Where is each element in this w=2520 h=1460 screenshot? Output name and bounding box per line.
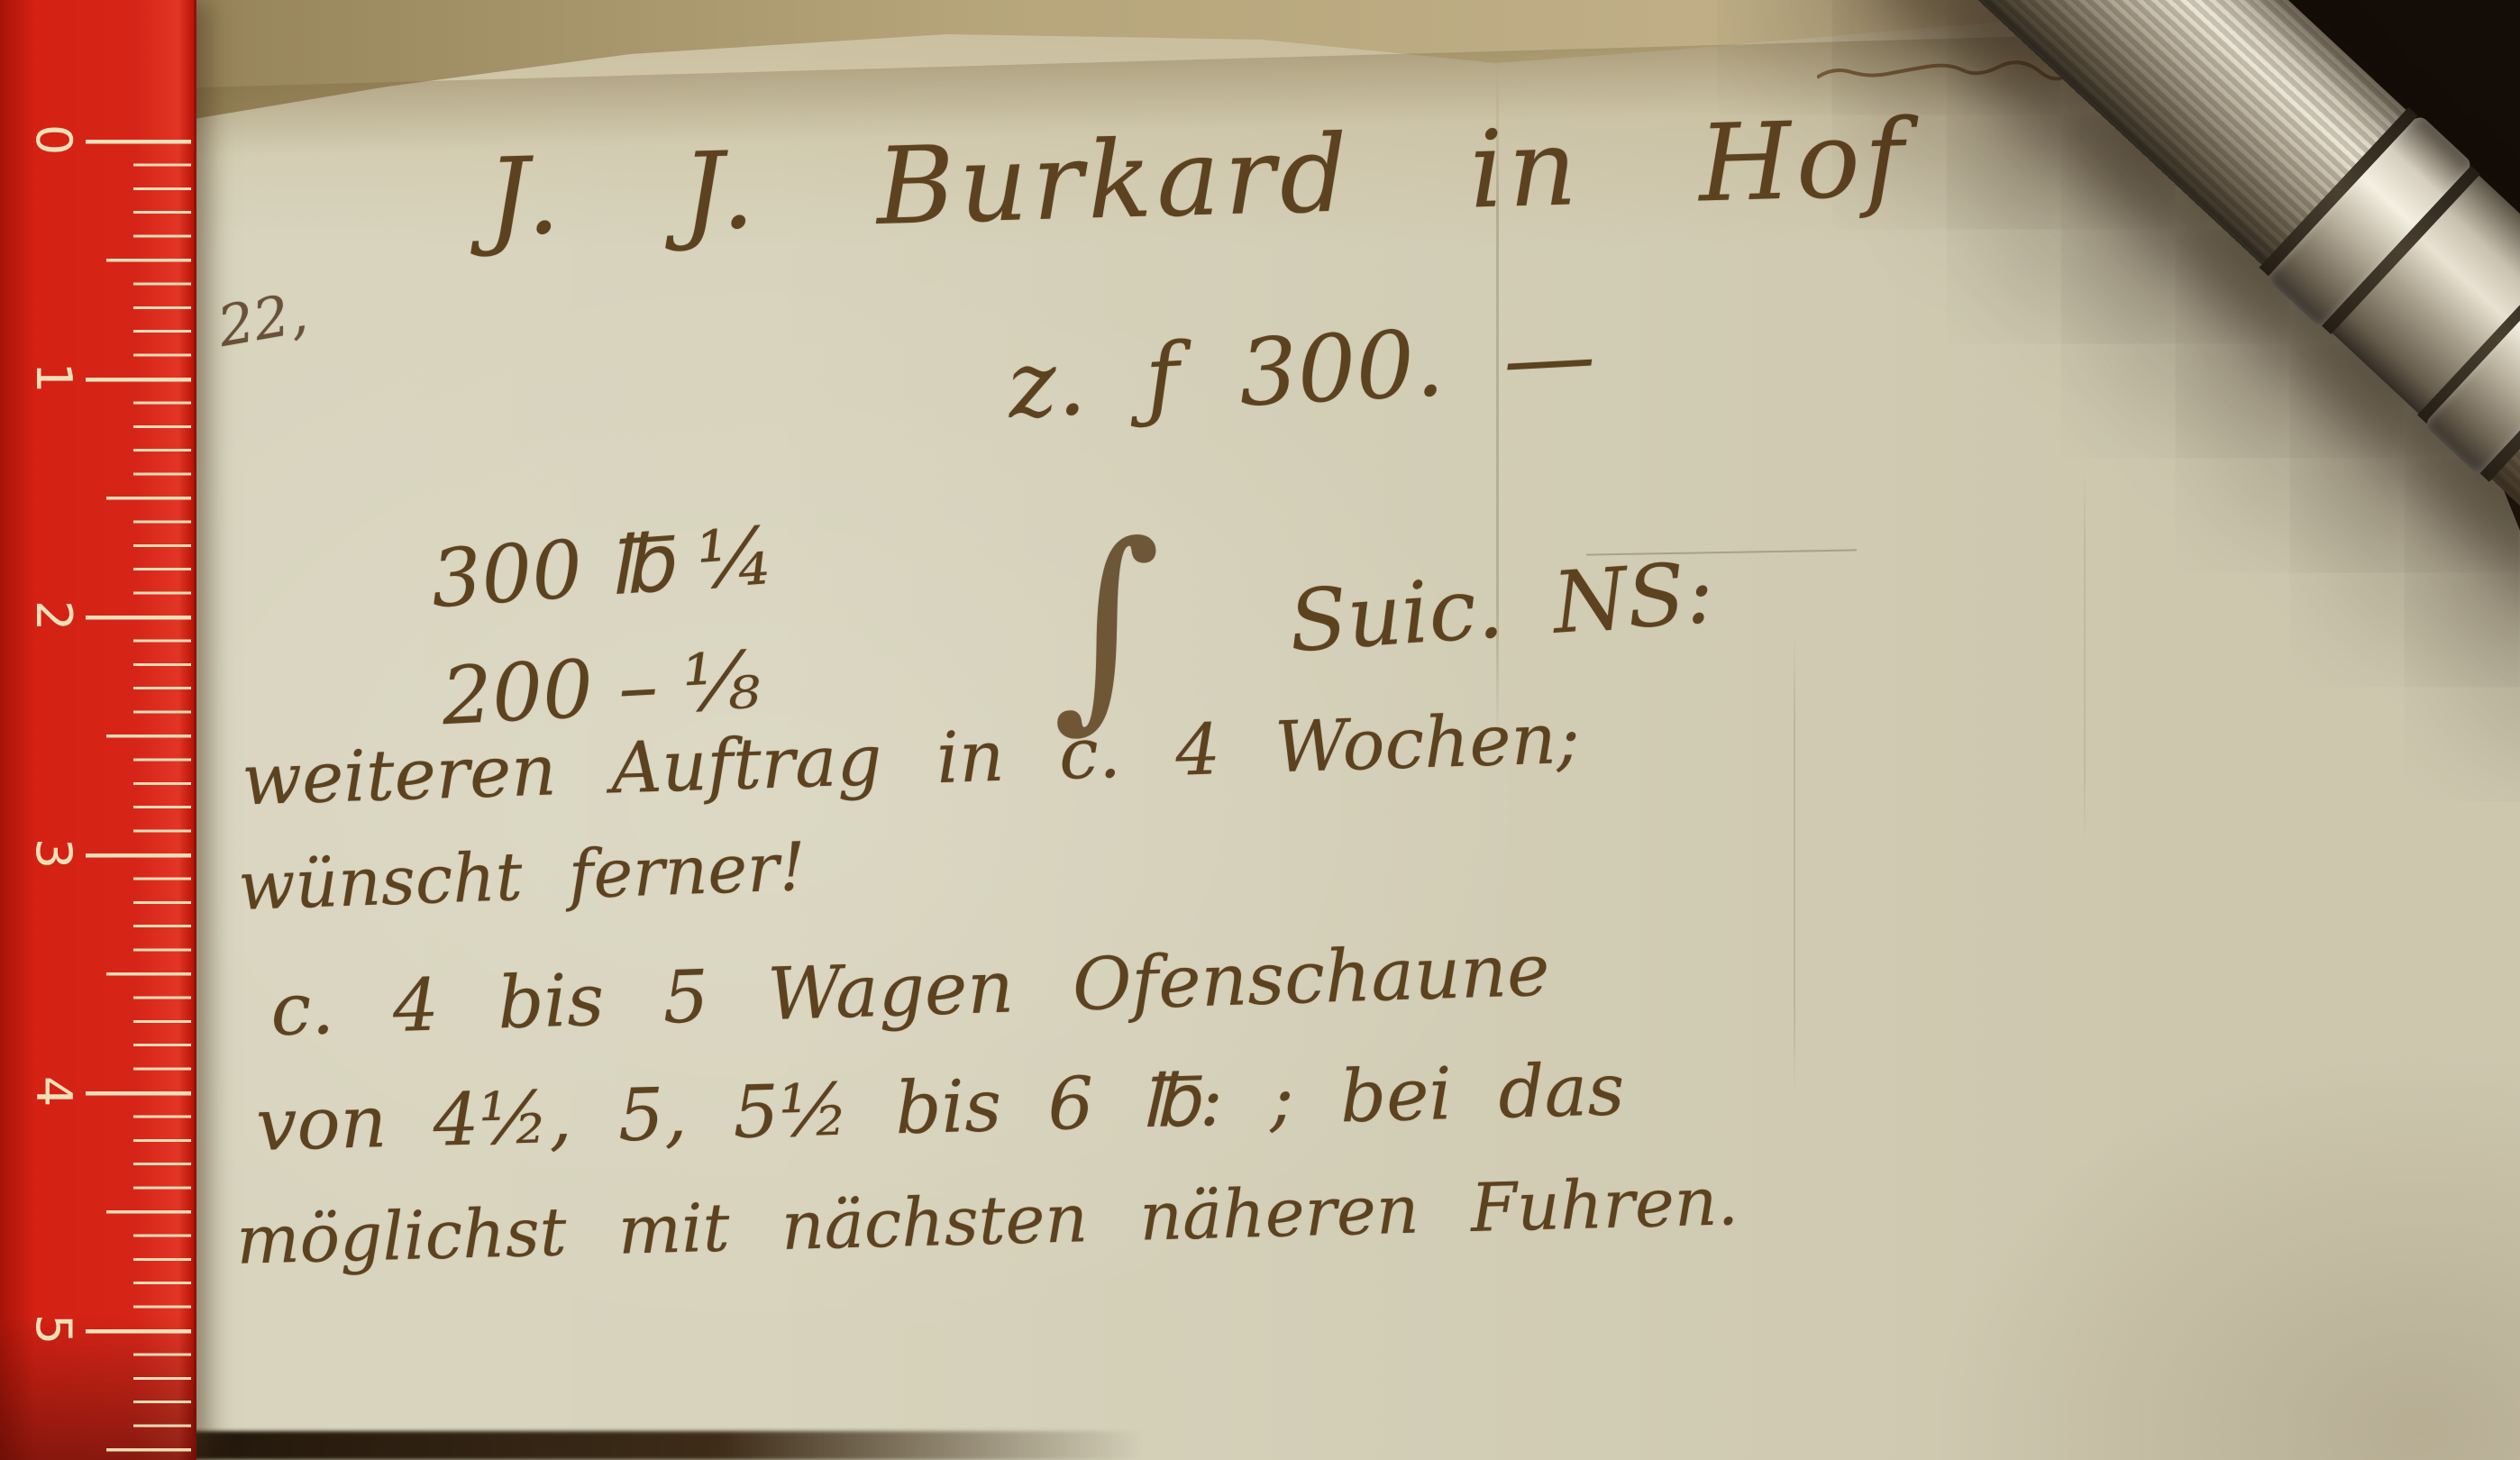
fold-crease	[1794, 631, 1795, 1100]
table-shadow	[81, 1431, 1145, 1460]
ruler-label-2: 2	[27, 589, 81, 643]
ruler-cm-ticks	[86, 140, 191, 1460]
fold-crease	[2084, 469, 2086, 847]
ruler-label-1: 1	[27, 351, 81, 405]
photo-canvas: J. J. Burkard in Hof 22, z. ƒ 300. — 300…	[0, 0, 2520, 1460]
ruler-label-5: 5	[27, 1302, 81, 1356]
ruler-label-0: 0	[27, 113, 81, 167]
ruler: 0 1 2 3 4 5	[0, 0, 196, 1460]
ruler-label-4: 4	[27, 1064, 81, 1118]
ruler-label-3: 3	[27, 826, 81, 881]
